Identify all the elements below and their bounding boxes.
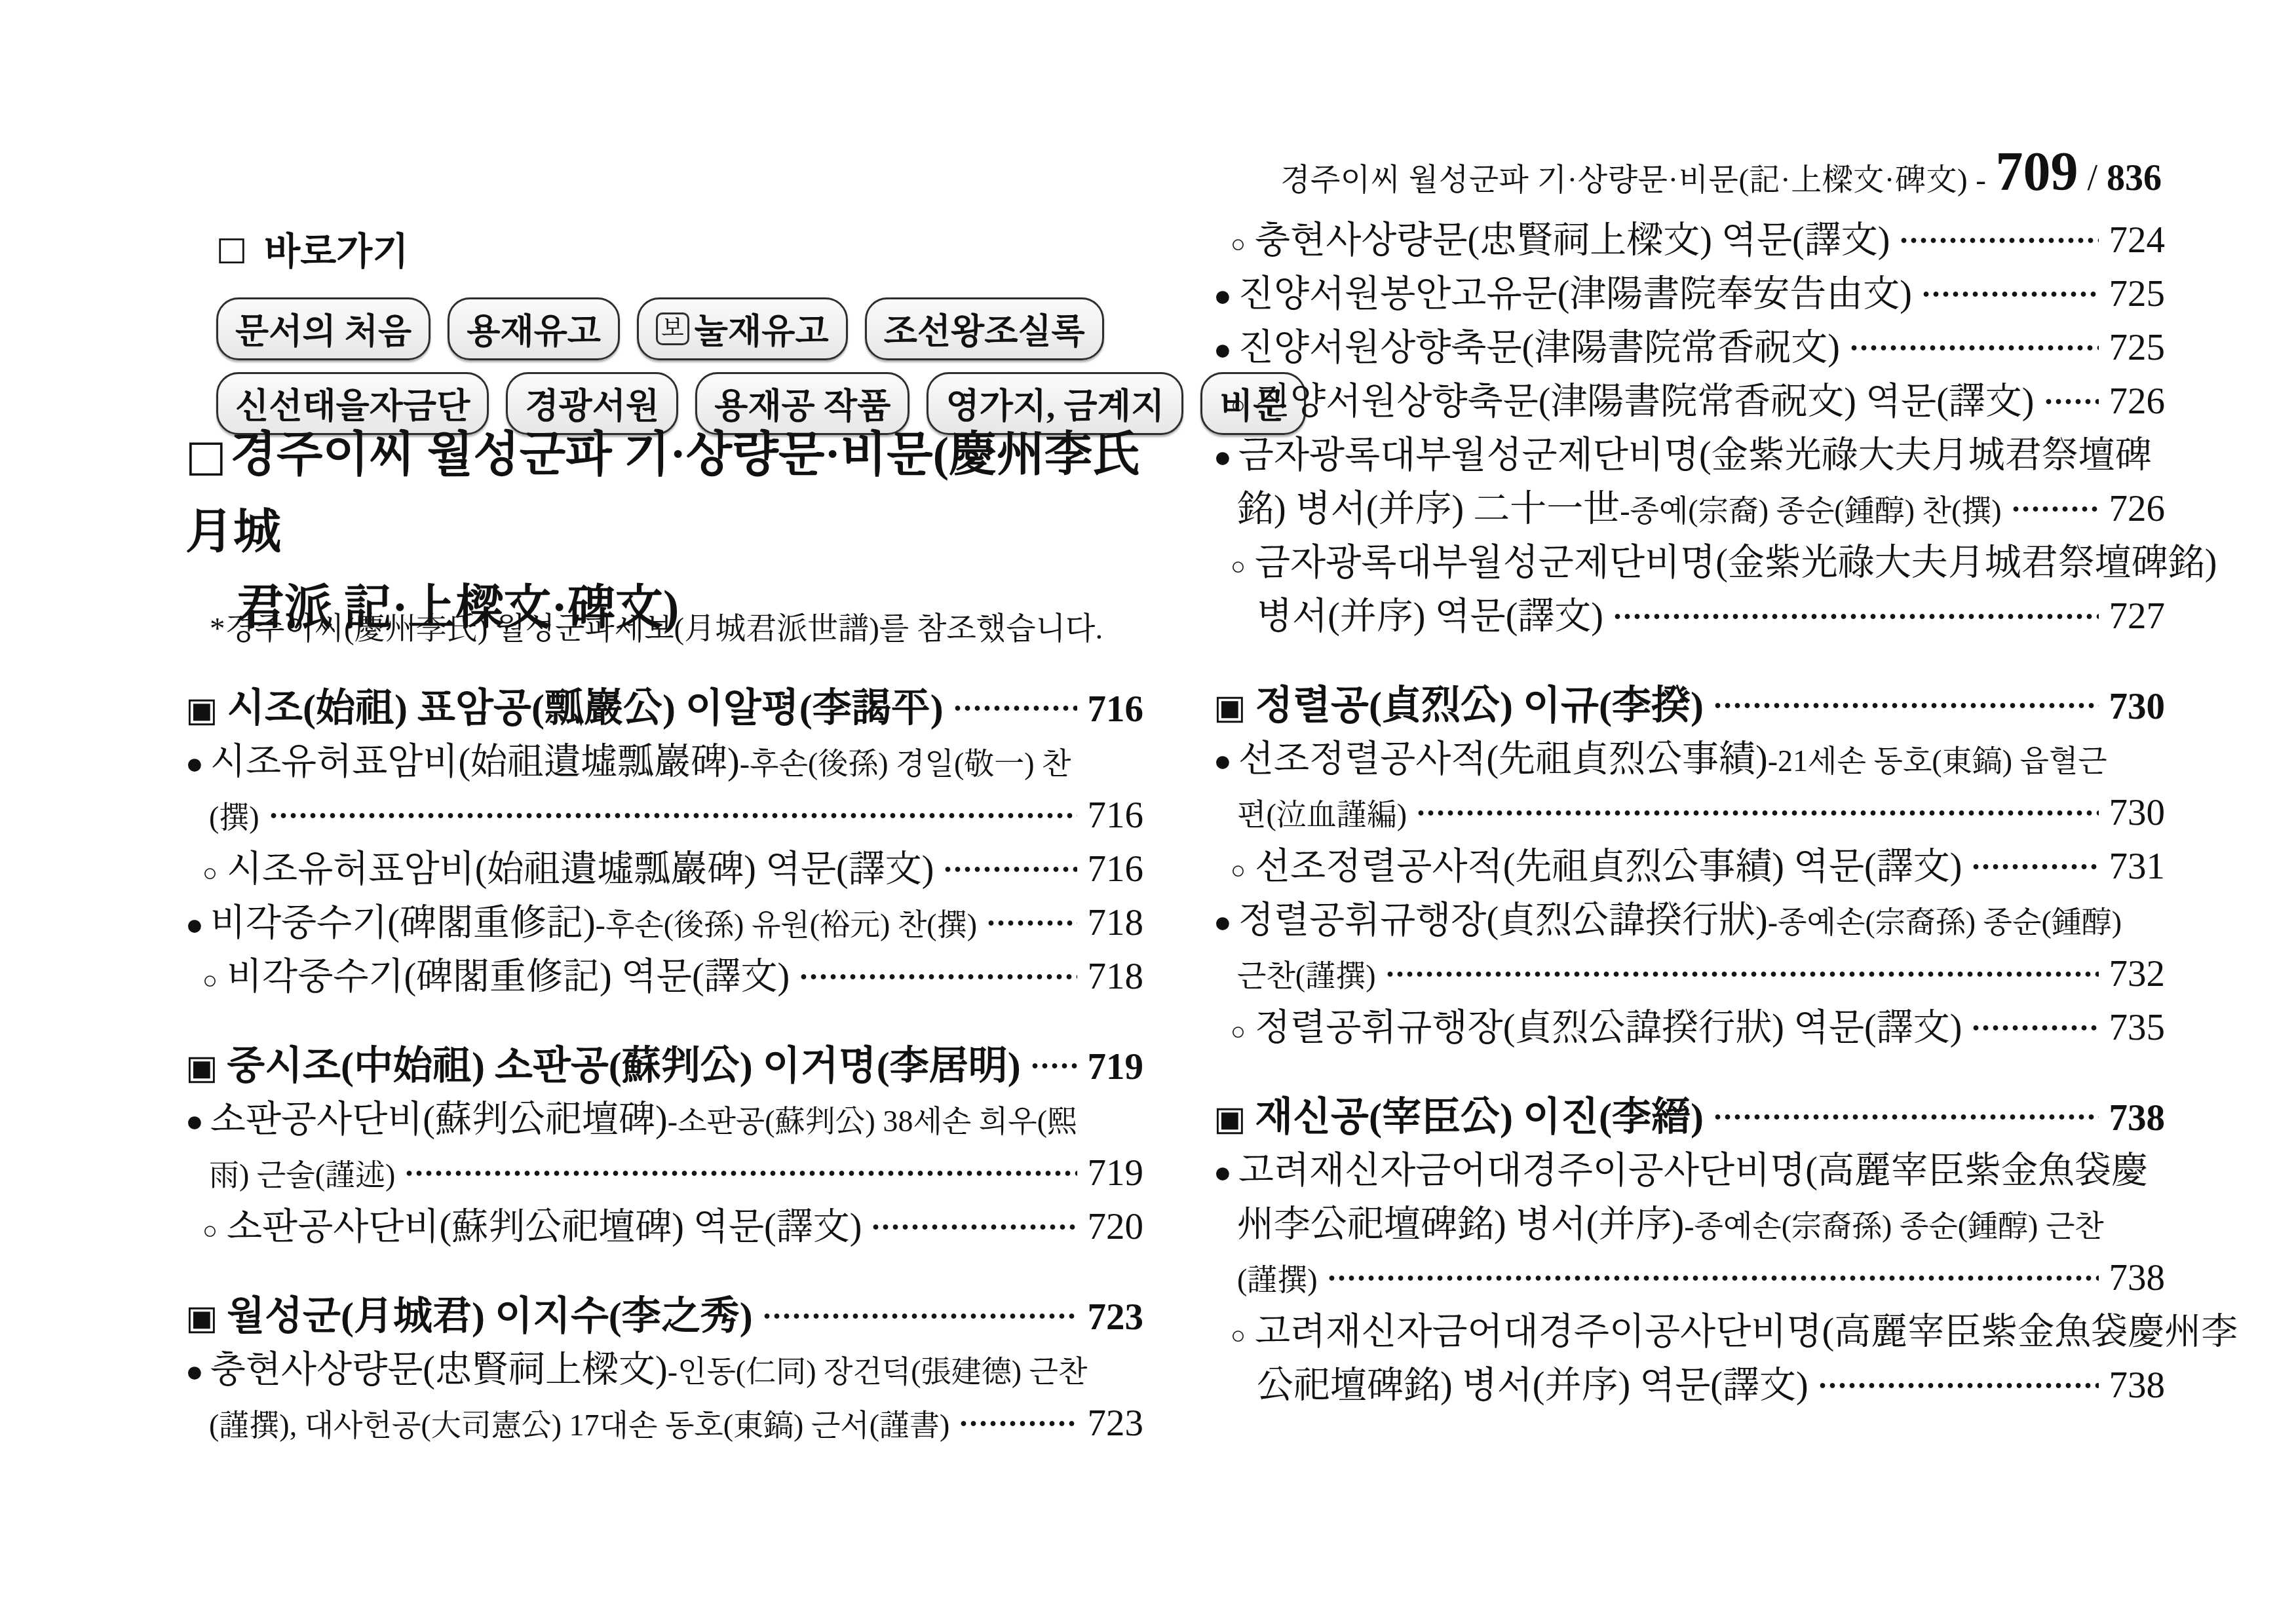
toc-entry[interactable]: ○시조유허표암비(始祖遺墟瓢巖碑) 역문(譯文)716 bbox=[185, 842, 1143, 896]
toc-page-number: 725 bbox=[2109, 321, 2166, 375]
toc-entry[interactable]: ▣시조(始祖) 표암공(瓢巖公) 이알평(李謁平)716 bbox=[185, 681, 1143, 735]
toc-entry[interactable]: ●진양서원상향축문(津陽書院常香祝文)725 bbox=[1214, 321, 2165, 375]
toc-line: ○금자광록대부월성군제단비명(金紫光祿大夫月城君祭壇碑銘) bbox=[1214, 536, 2165, 590]
toc-entry[interactable]: ○고려재신자금어대경주이공사단비명(高麗宰臣紫金魚袋慶州李公祀壇碑銘) 병서(并… bbox=[1214, 1305, 2165, 1412]
toc-text: -인동(仁同) 장건덕(張建德) 근찬 bbox=[668, 1345, 1088, 1399]
toc-text: 진양서원상향축문(津陽書院常香祝文) 역문(譯文) bbox=[1255, 375, 2035, 428]
dotted-leader bbox=[404, 1155, 1077, 1192]
dotted-leader bbox=[1416, 795, 2098, 831]
shortcuts-section: □ 바로가기 문서의 처음용재유고보눌재유고조선왕조실록신선태을자금단경광서원용… bbox=[216, 221, 1306, 447]
running-header: 경주이씨 월성군파 기·상량문·비문(記·上樑文·碑文) - 709 / 836 bbox=[1280, 140, 2162, 204]
dotted-leader bbox=[1849, 330, 2099, 366]
toc-line: ▣정렬공(貞烈公) 이규(李揆)730 bbox=[1214, 679, 2165, 732]
dotted-leader bbox=[799, 958, 1077, 995]
toc-page-number: 727 bbox=[2109, 590, 2166, 643]
shortcut-button-label: 눌재유고 bbox=[695, 304, 829, 354]
toc-text: -21세손 동호(東鎬) 읍혈근 bbox=[1768, 734, 2107, 788]
toc-text: 선조정렬공사적(先祖貞烈公事績) 역문(譯文) bbox=[1255, 840, 1962, 894]
toc-text: -종예손(宗裔孫) 종순(鍾醇) bbox=[1768, 896, 2122, 949]
toc-page-number: 730 bbox=[2109, 680, 2166, 734]
dotted-leader bbox=[1385, 956, 2099, 992]
toc-line: ●시조유허표암비(始祖遺墟瓢巖碑) -후손(後孫) 경일(敬一) 찬 bbox=[185, 735, 1143, 789]
section-marker-icon: ▣ bbox=[1214, 1092, 1246, 1146]
shortcut-button[interactable]: 용재유고 bbox=[448, 297, 620, 360]
toc-entry[interactable]: ○금자광록대부월성군제단비명(金紫光祿大夫月城君祭壇碑銘)병서(并序) 역문(譯… bbox=[1214, 536, 2165, 643]
toc-entry[interactable]: ●진양서원봉안고유문(津陽書院奉安告由文)725 bbox=[1214, 267, 2165, 321]
page-separator: / bbox=[2087, 157, 2097, 199]
toc-text: 선조정렬공사적(先祖貞烈公事績) bbox=[1238, 732, 1768, 786]
toc-text: 편(泣血謹編) bbox=[1237, 788, 1407, 842]
toc-line: ▣시조(始祖) 표암공(瓢巖公) 이알평(李謁平)716 bbox=[185, 681, 1143, 735]
toc-line: ●정렬공휘규행장(貞烈公諱揆行狀) -종예손(宗裔孫) 종순(鍾醇) bbox=[1214, 894, 2165, 947]
toc-entry[interactable]: ●비각중수기(碑閣重修記) -후손(後孫) 유원(裕元) 찬(撰)718 bbox=[185, 896, 1143, 950]
toc-text: 고려재신자금어대경주이공사단비명(高麗宰臣紫金魚袋慶州李 bbox=[1255, 1305, 2238, 1359]
subitem-bullet-icon: ○ bbox=[1231, 217, 1246, 271]
toc-page-number: 720 bbox=[1088, 1200, 1144, 1254]
subitem-bullet-icon: ○ bbox=[202, 954, 218, 1008]
shortcuts-heading: □ 바로가기 bbox=[216, 221, 1306, 275]
square-bullet-icon: □ bbox=[185, 430, 226, 481]
toc-entry[interactable]: ●금자광록대부월성군제단비명(金紫光祿大夫月城君祭壇碑銘) 병서(并序) 二十一… bbox=[1214, 428, 2165, 536]
dotted-leader bbox=[959, 1405, 1077, 1442]
toc-page-number: 723 bbox=[1088, 1291, 1144, 1344]
shortcut-button-label: 용재유고 bbox=[467, 304, 601, 354]
shortcut-button-label: 조선왕조실록 bbox=[884, 304, 1085, 354]
toc-page-number: 719 bbox=[1088, 1146, 1144, 1200]
toc-entry[interactable]: ○선조정렬공사적(先祖貞烈公事績) 역문(譯文)731 bbox=[1214, 840, 2165, 894]
toc-text: 비각중수기(碑閣重修記) 역문(譯文) bbox=[227, 950, 790, 1004]
toc-line: ●금자광록대부월성군제단비명(金紫光祿大夫月城君祭壇碑 bbox=[1214, 428, 2165, 482]
toc-text: 시조(始祖) 표암공(瓢巖公) 이알평(李謁平) bbox=[227, 681, 944, 735]
toc-entry[interactable]: ○소판공사단비(蘇判公祀壇碑) 역문(譯文)720 bbox=[185, 1200, 1143, 1254]
toc-page-number: 719 bbox=[1088, 1040, 1144, 1094]
toc-page-number: 730 bbox=[2109, 786, 2166, 840]
section-marker-icon: ▣ bbox=[185, 683, 218, 737]
toc-text: 충현사상량문(忠賢祠上樑文) 역문(譯文) bbox=[1255, 214, 1890, 267]
toc-text: 州李公祀壇碑銘) 병서(并序) bbox=[1237, 1198, 1684, 1251]
section-marker-icon: ▣ bbox=[185, 1041, 218, 1095]
toc-text: -종예손(宗裔孫) 종순(鍾醇) 근찬 bbox=[1684, 1199, 2104, 1253]
item-bullet-icon: ● bbox=[185, 737, 204, 791]
dotted-leader bbox=[1713, 1099, 2099, 1135]
shortcut-button[interactable]: 문서의 처음 bbox=[216, 297, 430, 360]
toc-page-number: 724 bbox=[2109, 214, 2166, 267]
subitem-bullet-icon: ○ bbox=[202, 846, 218, 900]
dotted-leader bbox=[269, 797, 1077, 834]
toc-line: 근찬(謹撰)732 bbox=[1214, 947, 2165, 1001]
dotted-leader bbox=[1030, 1048, 1077, 1084]
dotted-leader bbox=[943, 851, 1077, 888]
toc-entry[interactable]: ▣정렬공(貞烈公) 이규(李揆)730 bbox=[1214, 679, 2165, 732]
toc-page-number: 738 bbox=[2109, 1359, 2166, 1412]
toc-line: ●소판공사단비(蘇判公祀壇碑) -소판공(蘇判公) 38세손 희우(熙 bbox=[185, 1093, 1143, 1146]
toc-text: (撰) bbox=[209, 791, 259, 844]
toc-line: ●진양서원봉안고유문(津陽書院奉安告由文)725 bbox=[1214, 267, 2165, 321]
item-bullet-icon: ● bbox=[1214, 430, 1232, 484]
toc-page-number: 716 bbox=[1088, 842, 1144, 896]
toc-text: (謹撰) bbox=[1237, 1253, 1318, 1307]
boxed-prefix-icon: 보 bbox=[656, 312, 689, 345]
toc-text: 중시조(中始祖) 소판공(蘇判公) 이거명(李居明) bbox=[227, 1039, 1021, 1093]
toc-text: 소판공사단비(蘇判公祀壇碑) bbox=[210, 1093, 668, 1146]
toc-page-number: 731 bbox=[2109, 840, 2166, 894]
dotted-leader bbox=[1327, 1260, 2099, 1296]
toc-text: 雨) 근술(謹述) bbox=[209, 1148, 395, 1202]
shortcut-button[interactable]: 보눌재유고 bbox=[637, 297, 848, 360]
toc-page-number: 723 bbox=[1088, 1397, 1144, 1450]
toc-entry[interactable]: ○비각중수기(碑閣重修記) 역문(譯文)718 bbox=[185, 950, 1143, 1004]
dotted-leader bbox=[871, 1209, 1077, 1245]
current-page-number: 709 bbox=[1995, 140, 2078, 204]
item-bullet-icon: ● bbox=[1214, 896, 1232, 949]
dotted-leader bbox=[953, 690, 1077, 727]
document-title-line1: □경주이씨 월성군파 기·상량문·비문(慶州李氏 月城 bbox=[185, 417, 1155, 570]
toc-line: ●비각중수기(碑閣重修記) -후손(後孫) 유원(裕元) 찬(撰)718 bbox=[185, 896, 1143, 950]
toc-text: 시조유허표암비(始祖遺墟瓢巖碑) bbox=[210, 735, 740, 789]
toc-text: 재신공(宰臣公) 이진(李縉) bbox=[1255, 1090, 1704, 1144]
toc-text: 銘) 병서(并序) 二十一世 bbox=[1237, 482, 1620, 536]
toc-line: ●고려재신자금어대경주이공사단비명(高麗宰臣紫金魚袋慶 bbox=[1214, 1144, 2165, 1198]
toc-text: 근찬(謹撰) bbox=[1237, 949, 1376, 1003]
toc-entry[interactable]: ○충현사상량문(忠賢祠上樑文) 역문(譯文)724 bbox=[1214, 214, 2165, 267]
toc-line: ▣월성군(月城君) 이지수(李之秀)723 bbox=[185, 1289, 1143, 1343]
toc-page-number: 726 bbox=[2109, 482, 2166, 536]
toc-page-number: 718 bbox=[1088, 950, 1144, 1004]
toc-line: ○고려재신자금어대경주이공사단비명(高麗宰臣紫金魚袋慶州李 bbox=[1214, 1305, 2165, 1359]
toc-entry[interactable]: ●시조유허표암비(始祖遺墟瓢巖碑) -후손(後孫) 경일(敬一) 찬(撰)716 bbox=[185, 735, 1143, 842]
toc-page-number: 738 bbox=[2109, 1251, 2166, 1305]
shortcut-button[interactable]: 조선왕조실록 bbox=[865, 297, 1104, 360]
dotted-leader bbox=[2011, 491, 2099, 527]
total-page-number: 836 bbox=[2107, 157, 2162, 199]
toc-line: ○시조유허표암비(始祖遺墟瓢巖碑) 역문(譯文)716 bbox=[185, 842, 1143, 896]
toc-line: ○충현사상량문(忠賢祠上樑文) 역문(譯文)724 bbox=[1214, 214, 2165, 267]
toc-page-number: 716 bbox=[1088, 683, 1144, 736]
dotted-leader bbox=[2044, 383, 2099, 420]
item-bullet-icon: ● bbox=[1214, 734, 1232, 788]
toc-text: 정렬공(貞烈公) 이규(李揆) bbox=[1255, 679, 1704, 732]
section-marker-icon: ▣ bbox=[185, 1291, 218, 1345]
toc-entry[interactable]: ●정렬공휘규행장(貞烈公諱揆行狀) -종예손(宗裔孫) 종순(鍾醇)근찬(謹撰)… bbox=[1214, 894, 2165, 1001]
reference-note: *경주이씨(慶州李氏) 월성군파세보(月城君派世譜)를 참조했습니다. bbox=[210, 604, 1103, 648]
dotted-leader bbox=[1921, 276, 2099, 312]
toc-page-number: 726 bbox=[2109, 375, 2166, 428]
toc-line: (謹撰)738 bbox=[1214, 1251, 2165, 1305]
toc-text: 금자광록대부월성군제단비명(金紫光祿大夫月城君祭壇碑 bbox=[1238, 428, 2152, 482]
subitem-bullet-icon: ○ bbox=[1231, 379, 1246, 432]
toc-line: ○소판공사단비(蘇判公祀壇碑) 역문(譯文)720 bbox=[185, 1200, 1143, 1254]
toc-line: ●선조정렬공사적(先祖貞烈公事績) -21세손 동호(東鎬) 읍혈근 bbox=[1214, 732, 2165, 786]
toc-entry[interactable]: ○진양서원상향축문(津陽書院常香祝文) 역문(譯文)726 bbox=[1214, 375, 2165, 428]
shortcut-button-label: 문서의 처음 bbox=[235, 304, 411, 354]
subitem-bullet-icon: ○ bbox=[1231, 844, 1246, 897]
toc-line: 州李公祀壇碑銘) 병서(并序) -종예손(宗裔孫) 종순(鍾醇) 근찬 bbox=[1214, 1198, 2165, 1251]
shortcut-row: 문서의 처음용재유고보눌재유고조선왕조실록 bbox=[216, 297, 1306, 360]
toc-text: 소판공사단비(蘇判公祀壇碑) 역문(譯文) bbox=[227, 1200, 862, 1254]
toc-text: 고려재신자금어대경주이공사단비명(高麗宰臣紫金魚袋慶 bbox=[1238, 1144, 2148, 1198]
dotted-leader bbox=[1713, 687, 2099, 724]
toc-page-number: 738 bbox=[2109, 1091, 2166, 1145]
toc-text: 충현사상량문(忠賢祠上樑文) bbox=[210, 1343, 668, 1397]
toc-column-left: ▣시조(始祖) 표암공(瓢巖公) 이알평(李謁平)716●시조유허표암비(始祖遺… bbox=[185, 681, 1143, 1450]
toc-text: 시조유허표암비(始祖遺墟瓢巖碑) 역문(譯文) bbox=[227, 842, 934, 896]
toc-line: (撰)716 bbox=[185, 789, 1143, 842]
toc-text: -후손(後孫) 유원(裕元) 찬(撰) bbox=[596, 898, 977, 952]
toc-line: (謹撰), 대사헌공(大司憲公) 17대손 동호(東鎬) 근서(謹書)723 bbox=[185, 1397, 1143, 1450]
toc-text: -소판공(蘇判公) 38세손 희우(熙 bbox=[668, 1095, 1077, 1148]
square-bullet-icon: □ bbox=[216, 232, 247, 265]
item-bullet-icon: ● bbox=[185, 1095, 204, 1148]
toc-line: ▣재신공(宰臣公) 이진(李縉)738 bbox=[1214, 1090, 2165, 1144]
toc-page-number: 732 bbox=[2109, 947, 2166, 1001]
document-page: { "colors": {"text": "#111111", "button_… bbox=[0, 0, 2296, 1624]
toc-line: ●진양서원상향축문(津陽書院常香祝文)725 bbox=[1214, 321, 2165, 375]
toc-text: 비각중수기(碑閣重修記) bbox=[210, 896, 596, 950]
section-marker-icon: ▣ bbox=[1214, 681, 1246, 734]
toc-entry[interactable]: ●충현사상량문(忠賢祠上樑文) -인동(仁同) 장건덕(張建德) 근찬(謹撰),… bbox=[185, 1343, 1143, 1450]
toc-page-number: 716 bbox=[1088, 789, 1144, 842]
toc-line: ○선조정렬공사적(先祖貞烈公事績) 역문(譯文)731 bbox=[1214, 840, 2165, 894]
toc-entry[interactable]: ●고려재신자금어대경주이공사단비명(高麗宰臣紫金魚袋慶州李公祀壇碑銘) 병서(并… bbox=[1214, 1144, 2165, 1305]
toc-entry[interactable]: ○정렬공휘규행장(貞烈公諱揆行狀) 역문(譯文)735 bbox=[1214, 1001, 2165, 1055]
toc-entry[interactable]: ●소판공사단비(蘇判公祀壇碑) -소판공(蘇判公) 38세손 희우(熙雨) 근술… bbox=[185, 1093, 1143, 1200]
toc-text: 월성군(月城君) 이지수(李之秀) bbox=[227, 1289, 753, 1343]
toc-entry[interactable]: ▣월성군(月城君) 이지수(李之秀)723 bbox=[185, 1289, 1143, 1343]
toc-line: 편(泣血謹編)730 bbox=[1214, 786, 2165, 840]
toc-line: 병서(并序) 역문(譯文)727 bbox=[1214, 590, 2165, 643]
subitem-bullet-icon: ○ bbox=[1231, 1309, 1246, 1363]
item-bullet-icon: ● bbox=[1214, 1146, 1232, 1199]
toc-text: -종예(宗裔) 종순(鍾醇) 찬(撰) bbox=[1620, 484, 2001, 538]
toc-page-number: 718 bbox=[1088, 896, 1144, 950]
toc-text: -후손(後孫) 경일(敬一) 찬 bbox=[740, 737, 1071, 791]
dotted-leader bbox=[1818, 1367, 2099, 1404]
toc-line: 雨) 근술(謹述)719 bbox=[185, 1146, 1143, 1200]
toc-line: ○진양서원상향축문(津陽書院常香祝文) 역문(譯文)726 bbox=[1214, 375, 2165, 428]
toc-entry[interactable]: ▣재신공(宰臣公) 이진(李縉)738 bbox=[1214, 1090, 2165, 1144]
document-title-text1: 경주이씨 월성군파 기·상량문·비문(慶州李氏 月城 bbox=[185, 428, 1140, 558]
toc-entry[interactable]: ●선조정렬공사적(先祖貞烈公事績) -21세손 동호(東鎬) 읍혈근편(泣血謹編… bbox=[1214, 732, 2165, 840]
toc-text: 병서(并序) 역문(譯文) bbox=[1257, 590, 1603, 643]
subitem-bullet-icon: ○ bbox=[1231, 1005, 1246, 1059]
dotted-leader bbox=[986, 905, 1077, 941]
dotted-leader bbox=[1971, 1010, 2098, 1046]
running-header-title: 경주이씨 월성군파 기·상량문·비문(記·上樑文·碑文) - bbox=[1280, 155, 1986, 199]
toc-text: 公祀壇碑銘) 병서(并序) 역문(譯文) bbox=[1257, 1359, 1808, 1412]
toc-text: 정렬공휘규행장(貞烈公諱揆行狀) bbox=[1238, 894, 1768, 947]
toc-text: 정렬공휘규행장(貞烈公諱揆行狀) 역문(譯文) bbox=[1255, 1001, 1962, 1055]
toc-line: 公祀壇碑銘) 병서(并序) 역문(譯文)738 bbox=[1214, 1359, 2165, 1412]
toc-page-number: 735 bbox=[2109, 1001, 2166, 1055]
toc-text: (謹撰), 대사헌공(大司憲公) 17대손 동호(東鎬) 근서(謹書) bbox=[209, 1399, 949, 1452]
toc-line: 銘) 병서(并序) 二十一世 -종예(宗裔) 종순(鍾醇) 찬(撰)726 bbox=[1214, 482, 2165, 536]
item-bullet-icon: ● bbox=[1214, 323, 1232, 377]
item-bullet-icon: ● bbox=[1214, 269, 1232, 323]
toc-line: ○비각중수기(碑閣重修記) 역문(譯文)718 bbox=[185, 950, 1143, 1004]
item-bullet-icon: ● bbox=[185, 898, 204, 952]
toc-column-right: ○충현사상량문(忠賢祠上樑文) 역문(譯文)724●진양서원봉안고유문(津陽書院… bbox=[1214, 214, 2165, 1412]
dotted-leader bbox=[1613, 598, 2099, 635]
shortcuts-heading-label: 바로가기 bbox=[264, 221, 408, 275]
toc-line: ●충현사상량문(忠賢祠上樑文) -인동(仁同) 장건덕(張建德) 근찬 bbox=[185, 1343, 1143, 1397]
toc-text: 진양서원상향축문(津陽書院常香祝文) bbox=[1238, 321, 1840, 375]
toc-text: 진양서원봉안고유문(津陽書院奉安告由文) bbox=[1238, 267, 1912, 321]
subitem-bullet-icon: ○ bbox=[1231, 540, 1246, 594]
toc-line: ○정렬공휘규행장(貞烈公諱揆行狀) 역문(譯文)735 bbox=[1214, 1001, 2165, 1055]
dotted-leader bbox=[762, 1298, 1077, 1334]
toc-page-number: 725 bbox=[2109, 267, 2166, 321]
toc-entry[interactable]: ▣중시조(中始祖) 소판공(蘇判公) 이거명(李居明)719 bbox=[185, 1039, 1143, 1093]
dotted-leader bbox=[1899, 222, 2098, 259]
subitem-bullet-icon: ○ bbox=[202, 1204, 218, 1258]
dotted-leader bbox=[1971, 848, 2098, 885]
toc-line: ▣중시조(中始祖) 소판공(蘇判公) 이거명(李居明)719 bbox=[185, 1039, 1143, 1093]
item-bullet-icon: ● bbox=[185, 1345, 204, 1399]
shortcut-rows: 문서의 처음용재유고보눌재유고조선왕조실록신선태을자금단경광서원용재공 작품영가… bbox=[216, 297, 1306, 435]
toc-text: 금자광록대부월성군제단비명(金紫光祿大夫月城君祭壇碑銘) bbox=[1255, 536, 2217, 590]
